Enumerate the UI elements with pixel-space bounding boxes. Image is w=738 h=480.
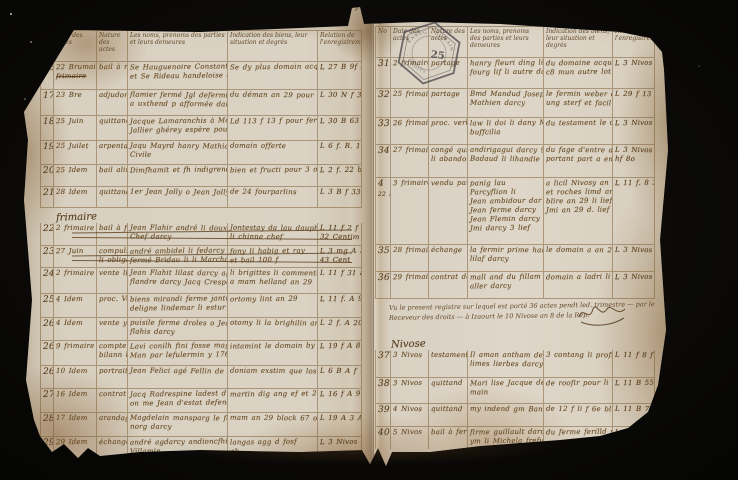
cell-relation: L 30 B 63 c [317, 116, 362, 140]
cell-names: Il aman antham defermé 9limes lierbes da… [467, 350, 543, 377]
handwriting-line: 9 frimaire [56, 342, 94, 351]
cell-relation: L 6 B A f 14 C [317, 366, 362, 388]
handwriting-line: a uxthend p afformée darcy [130, 100, 225, 110]
handwriting-line: lilaf darcy [470, 255, 541, 265]
column-header-relation: Relation de l'enregistrement [317, 31, 362, 61]
handwriting-line: Ld 113 f 13 f pour fermé [230, 116, 315, 126]
handwriting-line: 22 [43, 224, 51, 236]
handwriting-line: du déman an 29 pour 18 fr [230, 91, 315, 101]
cell-names: panig lauParcyflion liJean ambidour darJ… [467, 178, 543, 244]
ledger-row: 242 frimairevente li fruitsJean Flahit l… [40, 268, 362, 294]
ledger-row: 3225 frimairepartageBmd Mandud Joseph fe… [375, 89, 655, 118]
handwriting-line: 16 [43, 63, 51, 75]
handwriting-line: Civile [130, 151, 225, 161]
handwriting-line: 27 [43, 390, 51, 402]
cell-nature: contrat de vente [96, 389, 127, 412]
handwriting-line: proc. Verbal [99, 295, 125, 304]
page-left: NoDate des actesNature des actesLes noms… [40, 30, 362, 459]
cell-nature: congé quittanceli abandon [428, 145, 467, 177]
handwriting-line: et bail 100 f [230, 255, 315, 265]
cell-names: Lavi conilh fini fosse magleinMan par le… [127, 341, 227, 365]
cell-relation: L 11 f. A 9 f. an dim [317, 294, 362, 317]
handwriting-line: ung sterf et facil ferry lot [546, 99, 610, 109]
cell-date: 28 Idem [53, 187, 96, 207]
handwriting-line: 37 [378, 351, 388, 363]
cell-relation: L 3 Nivos 8 1 f 1 D [612, 118, 655, 144]
cell-date: 25 Idem [53, 165, 96, 186]
handwriting-line: 22 Bre [378, 190, 388, 198]
cell-no: 26 [40, 318, 53, 340]
handwriting-line: bail à ferme [431, 428, 465, 437]
ledger-row: 3427 frimairecongé quittanceli abandonan… [375, 145, 655, 178]
cell-biens: le domain a an 29 berlin roofie [543, 245, 612, 271]
handwriting-line: L 3 Nivos f 3/5 8o [615, 59, 652, 68]
verification-note: Vu le present registre sur lequel est po… [375, 299, 655, 336]
handwriting-line: 4 Nivos [393, 405, 426, 414]
handwriting-line: L 11 B 55 8o [615, 379, 652, 388]
dust-specks [10, 13, 12, 15]
handwriting-line: 5 Nivos [393, 428, 426, 437]
cell-nature: arpentage [96, 141, 127, 164]
cell-names: Jacque Lamaranchis à Mont liJallier ghér… [127, 116, 227, 140]
cell-nature: contrat de vente [428, 272, 467, 298]
cell-nature: vente y alimt [96, 318, 127, 340]
handwriting-line: portant part a empotard li fief [546, 155, 610, 165]
handwriting-line: bien et fructi pour 3 offrande [230, 165, 315, 175]
handwriting-line: flandre darcy Jacq Crespelat li Mge [130, 278, 225, 288]
cell-biens: 3 contang li profiter pacher [543, 350, 612, 377]
cell-date: 27 Juin [53, 246, 96, 267]
handwriting-line: L 11 f 8 f 25 8o [615, 351, 652, 360]
handwriting-line: 1er Jean Jolly o Jean Jolly li febrinn [130, 188, 225, 198]
handwriting-line: fourg lif li autre darcy [470, 68, 541, 78]
cell-nature: partage [428, 89, 467, 117]
handwriting-line: hf 8o [615, 155, 652, 164]
signature-flourish [577, 301, 629, 331]
handwriting-line: quittand [431, 379, 465, 388]
cell-date: 28 frimaire [390, 245, 428, 271]
handwriting-line: échange [99, 438, 125, 447]
handwriting-line: L 2 f. A 20 A [320, 319, 359, 328]
handwriting-line: 25 Juin [56, 117, 94, 126]
cell-relation: L 11 B 75 8o [612, 404, 655, 426]
cell-biens: de 24 fourparlins [227, 187, 317, 207]
handwriting-line: my indend gm Bandarin [470, 405, 541, 415]
ledger-row: 254 Idemproc. Verbalbiens mirandi ferme … [40, 294, 362, 318]
column-header-relation: Relation de l'enregistrement [612, 27, 655, 57]
ledger-row: 2327 Juincompulsationli obligationandré … [40, 246, 362, 268]
handwriting-line: Man par lefulermin y 1767 [130, 350, 225, 360]
handwriting-line: 3 Nivos [393, 351, 426, 360]
ledger-row: 2817 IdemarandageMagdelain mansparg le f… [40, 413, 362, 437]
ledger-row: frimaire [40, 208, 362, 223]
cell-nature: portrait du Remil [96, 366, 127, 388]
cell-nature: proc. verbal [428, 118, 467, 144]
handwriting-line: L 11 f. 8 3 9 f 69 8o [615, 179, 652, 188]
cell-names: biens mirandi ferme jantregarddeligne li… [127, 294, 227, 317]
handwriting-line: a mam helland an 29 [230, 278, 315, 288]
handwriting-line: 22 Brumaire [56, 63, 94, 72]
cell-no: 21 [40, 187, 53, 207]
handwriting-line: buffcilia [470, 128, 541, 138]
cell-names: Dimfhamit et fh indigrend briffaide [127, 165, 227, 186]
handwriting-line: deligne lindemar li estur [130, 303, 225, 313]
ledger-row: 3528 frimaireéchangela fermir prime hanr… [375, 245, 655, 272]
handwriting-line: 10 Idem [56, 367, 94, 376]
ledger-row: 422 Bre3 frimairevendu par adjudtpanig l… [375, 178, 655, 245]
cell-date: 4 Nivos [390, 404, 428, 426]
handwriting-line: Jean Flahir andré li doux [130, 224, 225, 234]
column-header-names: Les noms, prenoms des parties et leurs d… [127, 31, 227, 61]
ledger-row: 383 NivosquittandMari lise Jacque desple… [375, 378, 655, 404]
cell-relation: L 11 f. 8 3 9 f 69 8o [612, 178, 655, 244]
handwriting-line: Chef darcy [130, 233, 225, 243]
handwriting-line: arpentage [99, 142, 125, 151]
handwriting-line: L 3 B f 33 Cairn [320, 188, 359, 197]
handwriting-line: Jean Felici agé Fellin de Villamin [130, 367, 225, 377]
registration-stamp: ENREG · DOMAINES · DROITS · 25 [389, 14, 468, 92]
handwriting-line: aller darcy [470, 282, 541, 292]
cell-relation: L 19 f A 8 3 f 8. [317, 341, 362, 365]
handwriting-line: intamint le domain by fendis [230, 341, 315, 351]
handwriting-line: main [470, 388, 541, 398]
column-header-no: No [40, 31, 53, 61]
cell-biens: du fage d'entre antimotportant part a em… [543, 145, 612, 177]
handwriting-line: 38 [378, 379, 388, 391]
cell-biens: otomy li la brighilin an 29 [227, 318, 317, 340]
handwriting-line: 32 Centim [320, 233, 359, 242]
handwriting-line: Jallier ghérey espère pourferme [130, 125, 225, 135]
handwriting-line: 43 Cent [320, 256, 359, 265]
handwriting-line: 17 [43, 91, 51, 103]
cell-nature: échange [428, 245, 467, 271]
cell-no: 20 [40, 165, 53, 186]
handwriting-line: 3 Nivos [393, 379, 426, 388]
handwriting-line: 23 Bre [56, 91, 94, 100]
handwriting-line: L 3 Nivos 11 f 7 ang [615, 246, 652, 255]
handwriting-line: 4 [378, 179, 388, 191]
cell-names: 1er Jean Jolly o Jean Jolly li febrinn [127, 187, 227, 207]
handwriting-line: le domain a an 29 berlin roofie [546, 246, 610, 256]
handwriting-line: vente y alimt [99, 319, 125, 328]
cell-date: 25 Juilet [53, 141, 96, 164]
handwriting-line: L 3 Nivos 8 3 f 4 [615, 146, 652, 155]
cell-no: 34 [375, 145, 390, 177]
handwriting-line: adjudon à ferme [99, 91, 125, 100]
ledger-row: Nivose [375, 336, 655, 350]
cell-no: 22 [40, 223, 53, 245]
handwriting-line: 25 [43, 295, 51, 307]
column-header-biens: Indication des biens, leur situation et … [227, 31, 317, 61]
cell-date: 27 frimaire [390, 145, 428, 177]
handwriting-line: 29 Idem [56, 438, 94, 447]
handwriting-line: compte offegud [99, 342, 125, 351]
cell-relation: L 11 f 31 8f 8 dim [317, 268, 362, 293]
cell-no: 28 [40, 413, 53, 436]
handwriting-line: le fermin weber ecolastiquil [546, 90, 610, 100]
cell-no: 16 [40, 62, 53, 89]
ledger-sheet: NoDate des actesNature des actesLes noms… [16, 4, 672, 470]
handwriting-line: otomy li la brighilin an 29 [230, 319, 315, 329]
cell-no: 25 [40, 294, 53, 317]
handwriting-line: de roofir pour li canny [546, 379, 610, 389]
handwriting-line: 2 frimaire [56, 224, 94, 233]
cell-biens: de roofir pour li canny [543, 378, 612, 403]
handwriting-line: Se dy plus domain acquis [230, 62, 315, 72]
handwriting-line: L 11 f 31 8f 8 dim [320, 269, 359, 278]
handwriting-line: 27 Juin [56, 247, 94, 256]
cell-date: 9 frimaire [53, 341, 96, 365]
handwriting-line: 26 [43, 342, 51, 354]
handwriting-line: Dimfhamit et fh indigrend briffaide [130, 165, 225, 175]
handwriting-line: Jmi an 29 d. lief [546, 205, 610, 215]
cell-no: 18 [40, 116, 53, 140]
handwriting-line: L 6 f. R. 1 f Dom [320, 142, 359, 151]
handwriting-line: L 11 B 75 8o [615, 405, 652, 414]
page-right: NoDate des actesNature des actesLes noms… [375, 26, 655, 449]
cell-nature: testament 3 lief [428, 350, 467, 377]
top-right-annotation: Duex ſo [556, 10, 595, 25]
handwriting-line: contrat de vente [99, 390, 125, 399]
cell-relation: L 11 f 2 f 1e32 Centim [317, 223, 362, 245]
cell-names: my indend gm Bandarin [467, 404, 543, 426]
cell-names: Jacq Radrespine ladest d'étrangeon me Je… [127, 389, 227, 412]
cell-names: andré ambidel li fedarcy 9mefermé Bridau… [127, 246, 227, 267]
ledger-row: 1825 JuinquittanceJacque Lamaranchis à M… [40, 116, 362, 141]
cell-no: 26 [40, 341, 53, 365]
cell-biens: Jontestay da lau dauphinli chinne chef [227, 223, 317, 245]
handwriting-line: 28 [43, 414, 51, 426]
cell-date: 22 Brumairefrimaire [53, 62, 96, 89]
cell-biens: du domaine acquis et por-c8 mun autre lo… [543, 58, 612, 88]
cell-names: Magdelain mansparg le febenndnorg darcy [127, 413, 227, 436]
handwriting-line: 34 [378, 146, 388, 158]
cell-date: 2 frimaire [53, 223, 96, 245]
cell-date: 4 Idem [53, 294, 96, 317]
handwriting-line: 20 [43, 166, 51, 178]
cell-no: 40 [375, 427, 390, 449]
handwriting-line: vente li fruits [99, 269, 125, 278]
cell-biens: ortomy lint an 29 [227, 294, 317, 317]
handwriting-line: 19 [43, 142, 51, 154]
ledger-row: 394 Nivosquittandmy indend gm Bandarinde… [375, 404, 655, 427]
ledger-row: 3326 frimaireproc. verballaw li doi li d… [375, 118, 655, 145]
cell-names: law li doi li dany Mestinbuffcilia [467, 118, 543, 144]
cell-nature: quittand [428, 404, 467, 426]
handwriting-line: congé quittance [431, 146, 465, 155]
cell-nature: adjudon à ferme [96, 90, 127, 115]
handwriting-line: L 2 f. 22 b f 2e [320, 166, 359, 175]
handwriting-line: vendu par adjudt [431, 179, 465, 188]
ledger-row: 264 Idemvente y alimtpuisile ferme drole… [40, 318, 362, 341]
cell-relation: L 2 f. 22 b f 2e [317, 165, 362, 186]
cell-relation: L 19 A 3 A 3 dim [317, 413, 362, 436]
cell-no: 26 [40, 366, 53, 388]
handwriting-line: L 3 Nivos 8 22 f [615, 273, 652, 282]
handwriting-line: quittance [99, 117, 125, 126]
cell-nature: bail à rente [96, 62, 127, 89]
handwriting-line: bail à rente [99, 63, 125, 72]
handwriting-line: 24 [43, 269, 51, 281]
handwriting-line: 25 frimaire [393, 90, 426, 99]
cell-no: 29 [40, 437, 53, 459]
handwriting-line: quittand [431, 405, 465, 414]
cell-nature: quittance [96, 116, 127, 140]
handwriting-line: 3 contang li profiter pacher [546, 351, 610, 361]
handwriting-line: contrat de vente [431, 273, 465, 282]
handwriting-line: Jmi darcy 3 lief [470, 223, 541, 233]
cell-nature: vendu par adjudt [428, 178, 467, 244]
cell-biens: li brigittes li commentia mam helland an… [227, 268, 317, 293]
month-section-label: Nivose [391, 338, 426, 350]
cell-no: 36 [375, 272, 390, 298]
handwriting-line: du testament le domain effandis [546, 119, 610, 129]
cell-biens: mam an 29 block 67 on lot [227, 413, 317, 436]
cell-relation: L 11 B 55 8o [612, 378, 655, 403]
cell-names: Se Hauguenoire Constant Rideauet Se Ride… [127, 62, 227, 89]
cell-date: 16 Idem [53, 389, 96, 412]
cell-no: 33 [375, 118, 390, 144]
handwriting-line: 35 [378, 246, 388, 258]
handwriting-line: compulsation [99, 247, 125, 256]
ledger-row: 2128 Idemquittance1er Jean Jolly o Jean … [40, 187, 362, 208]
cell-names: Jean Felici agé Fellin de Villamin [127, 366, 227, 388]
cell-no: 27 [40, 389, 53, 412]
handwriting-line: et Se Rideau handeloise darcy [130, 71, 225, 81]
handwriting-line: flahis darcy [130, 328, 225, 338]
cell-biens: bien et fructi pour 3 offrande [227, 165, 317, 186]
handwriting-line: L 19 f A 8 3 f 8. [320, 342, 359, 351]
handwriting-line: 39 [378, 405, 388, 417]
handwriting-line: bail aliment [99, 166, 125, 175]
handwriting-line: ortomy lint an 29 [230, 294, 315, 304]
cell-names: Mari lise Jacque desplendilimain [467, 378, 543, 403]
handwriting-line: L 27 B 9f 3/5 8o [320, 63, 359, 72]
cell-biens: martin dig ang ef et 260 f [227, 389, 317, 412]
handwriting-line: échange [431, 246, 465, 255]
cell-no: 422 Bre [375, 178, 390, 244]
cell-date: 3 frimaire [390, 178, 428, 244]
cell-relation: L 30 N f 38 c [317, 90, 362, 115]
ledger-row: 1622 Brumairefrimairebail à renteSe Haug… [40, 62, 362, 90]
handwriting-line: du fage d'entre antimot [546, 146, 610, 156]
cell-date: 3 Nivos [390, 350, 428, 377]
cell-no: 19 [40, 141, 53, 164]
handwriting-line: limes lierbes darcy [470, 360, 541, 370]
cell-date: 5 Nivos [390, 427, 428, 449]
cell-nature: bail aliment [96, 165, 127, 186]
handwriting-line: 3 frimaire [393, 179, 426, 188]
handwriting-line: 26 [43, 319, 51, 331]
cell-biens: domain a ladri li liorofli [543, 272, 612, 298]
ledger-row: 2610 Idemportrait du RemilJean Felici ag… [40, 366, 362, 389]
cell-relation: L 11 f 8 f 25 8o [612, 350, 655, 377]
handwriting-line: li chinne chef [230, 233, 315, 243]
handwriting-line: li abandon [431, 155, 465, 164]
cell-names: Bmd Mandud Joseph ferefumeMathien darcy [467, 89, 543, 117]
handwriting-line: L 3 Nivos f 19 f 8 [320, 438, 359, 447]
ledger-row: 1925 JuiletarpentageJaqu Mayrd hanry Mat… [40, 141, 362, 165]
cell-no: 39 [375, 404, 390, 426]
handwriting-line: L 16 f A 9 f 14 C [320, 390, 359, 399]
handwriting-line: domain a ladri li liorofli [546, 273, 610, 283]
handwriting-line: L 11 f. A 9 f. an dim [320, 295, 359, 304]
ledger-row: 373 Nivostestament 3 liefIl aman antham … [375, 350, 655, 378]
column-header-names: Les noms, prenoms des parties et leurs d… [467, 27, 543, 57]
column-header-biens: Indication des biens, leur situation et … [543, 27, 612, 57]
cell-relation: L 29 f 13 f 2 Dim [612, 89, 655, 117]
cell-date: 23 Bre [53, 90, 96, 115]
handwriting-line: 26 [43, 367, 51, 379]
handwriting-line: L 3 Nivos 8 1 f 1 D [615, 119, 652, 128]
handwriting-line: 32 [378, 90, 388, 102]
cell-biens: fony li habig et rayet bail 100 f [227, 246, 317, 267]
cell-relation: L 16 f A 9 f 14 C [317, 389, 362, 412]
cell-relation: L 2 f. A 20 A [317, 318, 362, 340]
handwriting-line: norg darcy [130, 423, 225, 433]
cell-no: 31 [375, 58, 390, 88]
handwriting-line: frimaire [56, 72, 94, 81]
cell-nature: quittance [96, 187, 127, 207]
cell-date: 25 frimaire [390, 89, 428, 117]
handwriting-line: 2 frimaire [56, 269, 94, 278]
handwriting-line: 31 [378, 59, 388, 71]
cell-date: 10 Idem [53, 366, 96, 388]
handwriting-line: Badaud li lihandie li cortio [470, 155, 541, 165]
handwriting-line: 29 [43, 438, 51, 450]
cell-nature: quittand [428, 378, 467, 403]
cell-names: mall and du fillam o fermealler darcy [467, 272, 543, 298]
cell-relation: L 3 Nivos 8 22 f [612, 272, 655, 298]
column-header-date: Date des actes [53, 31, 96, 61]
column-header-no: No [375, 27, 390, 57]
handwriting-line: c8 mun autre lot [546, 68, 610, 78]
cell-names: Jaqu Mayrd hanry Mathias liCivile [127, 141, 227, 164]
cell-date: 4 Idem [53, 318, 96, 340]
cell-nature: bail à ferme [428, 427, 467, 449]
cell-no: 35 [375, 245, 390, 271]
handwriting-line: 27 frimaire [393, 146, 426, 155]
handwriting-line: L 19 A 3 A 3 dim [320, 414, 359, 423]
cell-relation: L 27 B 9f 3/5 8o [317, 62, 362, 89]
cell-relation: L 3 mg A 3 f43 Cent [317, 246, 362, 267]
handwriting-line: portrait du Remil [99, 367, 125, 376]
ledger-row: 3629 frimairecontrat de ventemall and du… [375, 272, 655, 299]
handwriting-line: 21 [43, 188, 51, 200]
cell-names: hanry fleuri ding li bidrfourg lif li au… [467, 58, 543, 88]
cell-no: 32 [375, 89, 390, 117]
handwriting-line: li obligation [99, 256, 125, 265]
cell-relation: L 3 Nivos 11 f 7 ang [612, 245, 655, 271]
handwriting-line: 16 Idem [56, 390, 94, 399]
cell-biens: Se dy plus domain acquis [227, 62, 317, 89]
handwriting-line: L 30 B 63 c [320, 117, 359, 126]
header-row: NoDate des actesNature des actesLes noms… [40, 31, 362, 62]
cell-biens: a licil Nivosy an 29et roches limd an 29… [543, 178, 612, 244]
cell-nature: proc. Verbal [96, 294, 127, 317]
handwriting-line: L 29 f 13 f 2 Dim [615, 90, 652, 99]
handwriting-line: de 24 fourparlins [230, 188, 315, 198]
cell-date: 29 frimaire [390, 272, 428, 298]
handwriting-line: 17 Idem [56, 414, 94, 423]
handwriting-line: 36 [378, 273, 388, 285]
cell-relation: L 3 Nivos 8 3 f 4hf 8o [612, 145, 655, 177]
cell-nature: compte offegudbilann bjestilagd [96, 341, 127, 365]
cell-relation: L 3 Nivos f 3/5 8o [612, 58, 655, 88]
cell-biens: doniam exstim que los [227, 366, 317, 388]
handwriting-line: partage [431, 90, 465, 99]
cell-names: Jean Flahir andré li douxChef darcy [127, 223, 227, 245]
